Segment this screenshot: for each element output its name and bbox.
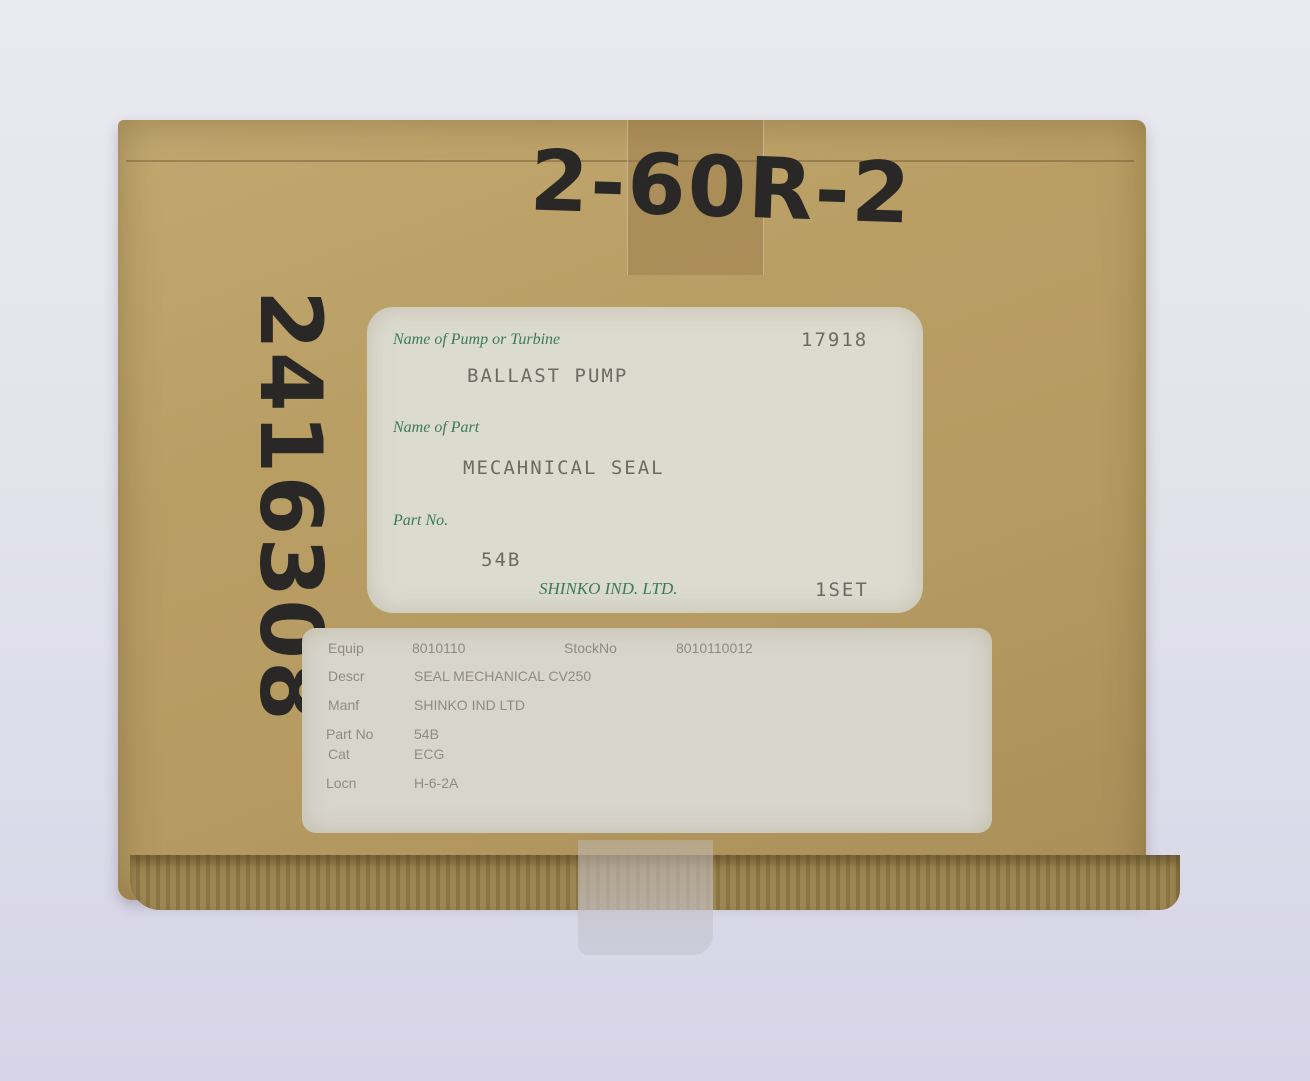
pump-heading: Name of Pump or Turbine [393, 331, 560, 349]
stock-val-equip: 8010110 [412, 640, 465, 656]
serial-number: 17918 [801, 329, 868, 351]
part-heading: Name of Part [393, 419, 479, 437]
stock-val-cat: ECG [414, 746, 444, 762]
stock-val-stockno: 8010110012 [676, 640, 753, 656]
stock-label: Equip 8010110 StockNo 8010110012 Descr S… [302, 628, 992, 833]
stock-key-partno: Part No [326, 726, 373, 742]
pump-name: BALLAST PUMP [467, 365, 628, 387]
part-number: 54B [481, 549, 521, 571]
stock-key-descr: Descr [328, 668, 365, 684]
stock-key-stockno: StockNo [564, 640, 617, 656]
stock-key-cat: Cat [328, 746, 350, 762]
manufacturer: SHINKO IND. LTD. [539, 579, 678, 599]
tape-strip-bottom [578, 840, 713, 955]
quantity: 1SET [815, 579, 869, 601]
handwritten-code-side: 2416308 [240, 290, 340, 670]
part-name: MECAHNICAL SEAL [463, 457, 665, 479]
handwritten-code-top: 2-60R-2 [528, 131, 913, 242]
stock-val-manf: SHINKO IND LTD [414, 697, 525, 713]
stock-key-equip: Equip [328, 640, 364, 656]
stock-key-manf: Manf [328, 697, 359, 713]
stock-key-locn: Locn [326, 775, 356, 791]
stock-val-partno: 54B [414, 726, 439, 742]
pump-part-label: Name of Pump or Turbine 17918 BALLAST PU… [367, 307, 923, 613]
stock-val-locn: H-6-2A [414, 775, 458, 791]
stock-val-descr: SEAL MECHANICAL CV250 [414, 668, 591, 684]
partno-heading: Part No. [393, 512, 448, 530]
